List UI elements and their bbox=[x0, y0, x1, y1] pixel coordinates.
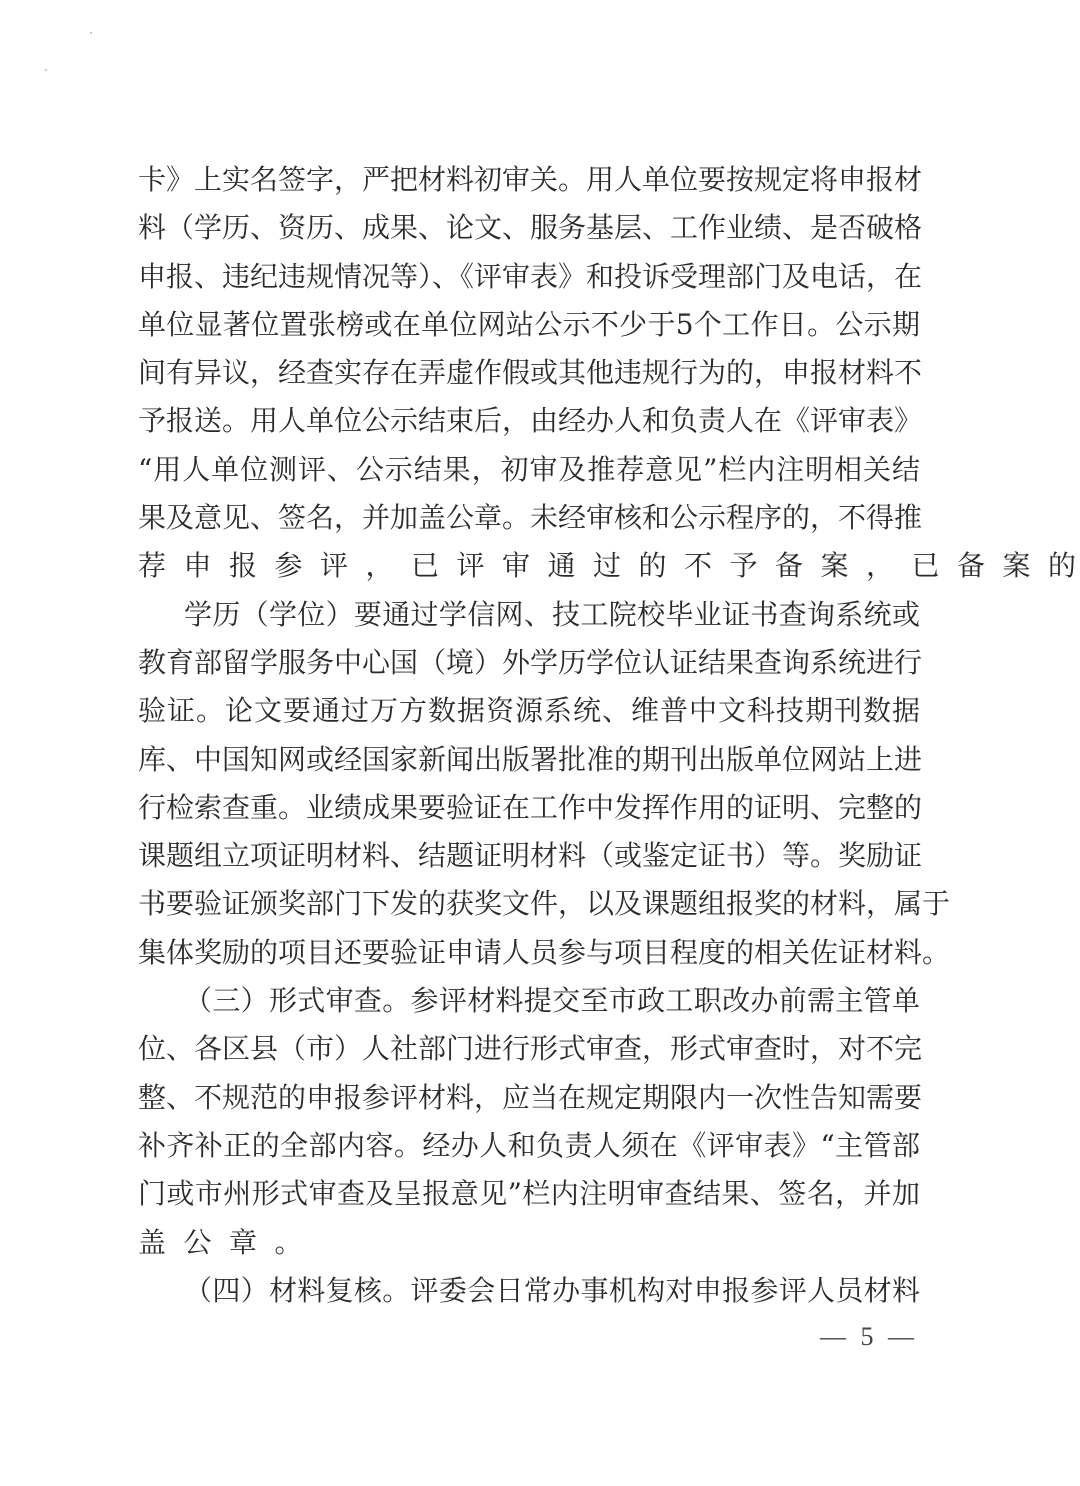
text-line: 门或市州形式审查及呈报意见”栏内注明审查结果、签名，并加 bbox=[138, 1170, 920, 1218]
page-number: — 5 — bbox=[820, 1322, 920, 1352]
text-line: 验证。论文要通过万方数据资源系统、维普中文科技期刊数据 bbox=[138, 687, 920, 735]
text-line: 书要验证颁奖部门下发的获奖文件，以及课题组报奖的材料，属于 bbox=[138, 880, 920, 928]
scan-speck bbox=[90, 32, 92, 34]
text-line: 集体奖励的项目还要验证申请人员参与项目程度的相关佐证材料。 bbox=[138, 929, 920, 977]
text-line: 教育部留学服务中心国（境）外学历学位认证结果查询系统进行 bbox=[138, 639, 920, 687]
document-body: 卡》上实名签字，严把材料初审关。用人单位要按规定将申报材 料（学历、资历、成果、… bbox=[138, 156, 920, 1315]
section-heading-line: （四）材料复核。评委会日常办事机构对申报参评人员材料 bbox=[138, 1267, 920, 1315]
text-line: 补齐补正的全部内容。经办人和负责人须在《评审表》“主管部 bbox=[138, 1122, 920, 1170]
text-line: 予报送。用人单位公示结束后，由经办人和负责人在《评审表》 bbox=[138, 397, 920, 445]
text-line: 料（学历、资历、成果、论文、服务基层、工作业绩、是否破格 bbox=[138, 204, 920, 252]
text-line: 整、不规范的申报参评材料，应当在规定期限内一次性告知需要 bbox=[138, 1074, 920, 1122]
text-line: 单位显著位置张榜或在单位网站公示不少于5个工作日。公示期 bbox=[138, 301, 920, 349]
text-line: 学历（学位）要通过学信网、技工院校毕业证书查询系统或 bbox=[138, 591, 920, 639]
text-line: 盖公章。 bbox=[138, 1219, 920, 1267]
text-line: 位、各区县（市）人社部门进行形式审查，形式审查时，对不完 bbox=[138, 1025, 920, 1073]
text-line: 卡》上实名签字，严把材料初审关。用人单位要按规定将申报材 bbox=[138, 156, 920, 204]
text-line: 课题组立项证明材料、结题证明材料（或鉴定证书）等。奖励证 bbox=[138, 832, 920, 880]
text-line: 间有异议，经查实存在弄虚作假或其他违规行为的，申报材料不 bbox=[138, 349, 920, 397]
text-line: 荐申报参评，已评审通过的不予备案，已备案的取消备案。 bbox=[138, 542, 920, 590]
section-heading-line: （三）形式审查。参评材料提交至市政工职改办前需主管单 bbox=[138, 977, 920, 1025]
text-line: “用人单位测评、公示结果，初审及推荐意见”栏内注明相关结 bbox=[138, 446, 920, 494]
text-line: 申报、违纪违规情况等）、《评审表》和投诉受理部门及电话，在 bbox=[138, 253, 920, 301]
text-line: 行检索查重。业绩成果要验证在工作中发挥作用的证明、完整的 bbox=[138, 784, 920, 832]
document-page: 卡》上实名签字，严把材料初审关。用人单位要按规定将申报材 料（学历、资历、成果、… bbox=[0, 0, 1080, 1486]
text-line: 果及意见、签名，并加盖公章。未经审核和公示程序的，不得推 bbox=[138, 494, 920, 542]
text-line: 库、中国知网或经国家新闻出版署批准的期刊出版单位网站上进 bbox=[138, 736, 920, 784]
scan-speck bbox=[45, 69, 47, 71]
